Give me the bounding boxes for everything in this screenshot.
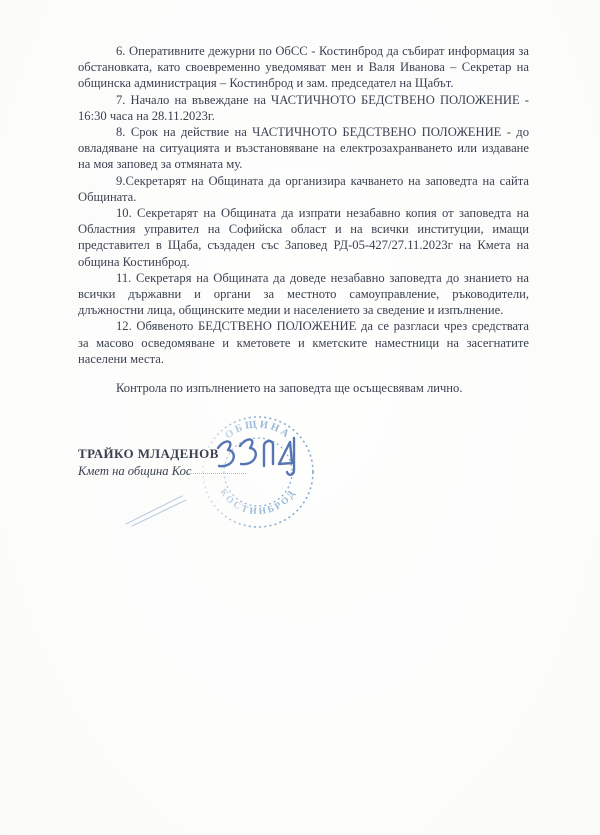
stamp-bottom-arc-text: КОСТИНБРОД [217,488,298,518]
order-item-6: 6. Оперативните дежурни по ОбСС - Костин… [78,43,529,92]
handwritten-signature [208,436,303,488]
order-item-9: 9.Секретарят на Общината да организира к… [78,173,529,205]
order-item-7: 7. Начало на въвеждане на ЧАСТИЧНОТО БЕД… [78,92,529,124]
flourish-line-1 [126,496,182,524]
order-item-12: 12. Обявеното БЕДСТВЕНО ПОЛОЖЕНИЕ да се … [78,318,529,367]
control-statement: Контрола по изпълнението на заповедта ще… [78,380,529,396]
flourish-line-2 [132,500,186,526]
pen-flourish [120,486,200,531]
order-item-11: 11. Секретаря на Общината да доведе неза… [78,270,529,319]
order-text-body: 6. Оперативните дежурни по ОбСС - Костин… [78,43,529,396]
order-item-10: 10. Секретарят на Общината да изпрати не… [78,205,529,270]
order-item-8: 8. Срок на действие на ЧАСТИЧНОТО БЕДСТВ… [78,124,529,173]
document-page: 6. Оперативните дежурни по ОбСС - Костин… [0,0,600,835]
signature-stroke-3 [264,441,273,466]
signature-stroke-2 [240,439,256,464]
svg-text:КОСТИНБРОД: КОСТИНБРОД [217,488,298,518]
signature-stroke-1 [218,441,234,466]
signature-stroke-4 [279,442,292,464]
